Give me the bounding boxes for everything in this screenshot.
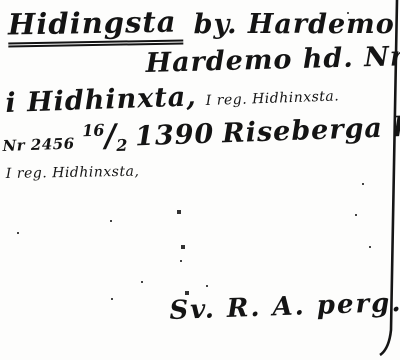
headword-line: Hidingsta by. Hardemo sn. (8, 6, 396, 46)
fraction-slash: / (104, 118, 117, 154)
date-day: 16 (82, 120, 105, 140)
date-fraction: 16/2 (82, 118, 128, 157)
year: 1390 (135, 119, 215, 153)
register-note: I reg. Hidhinxsta, (6, 164, 140, 182)
issuer: Riseberga kloster. (222, 108, 400, 149)
district-line: Hardemo hd. Nrk. (145, 40, 400, 79)
source-reference: Sv. R. A. perg. II. (169, 286, 400, 326)
headword: Hidingsta (8, 4, 183, 47)
record-number: Nr 2456 (2, 134, 75, 155)
date-month: 2 (116, 136, 128, 155)
scan-noise-specks (0, 0, 2, 2)
archive-card: Hidingsta by. Hardemo sn. Hardemo hd. Nr… (0, 0, 400, 360)
parish-text: by. Hardemo sn. (194, 9, 400, 40)
old-form-note: I reg. Hidhinxsta. (206, 88, 340, 109)
old-form-main: i Hidhinxta, (5, 81, 197, 119)
